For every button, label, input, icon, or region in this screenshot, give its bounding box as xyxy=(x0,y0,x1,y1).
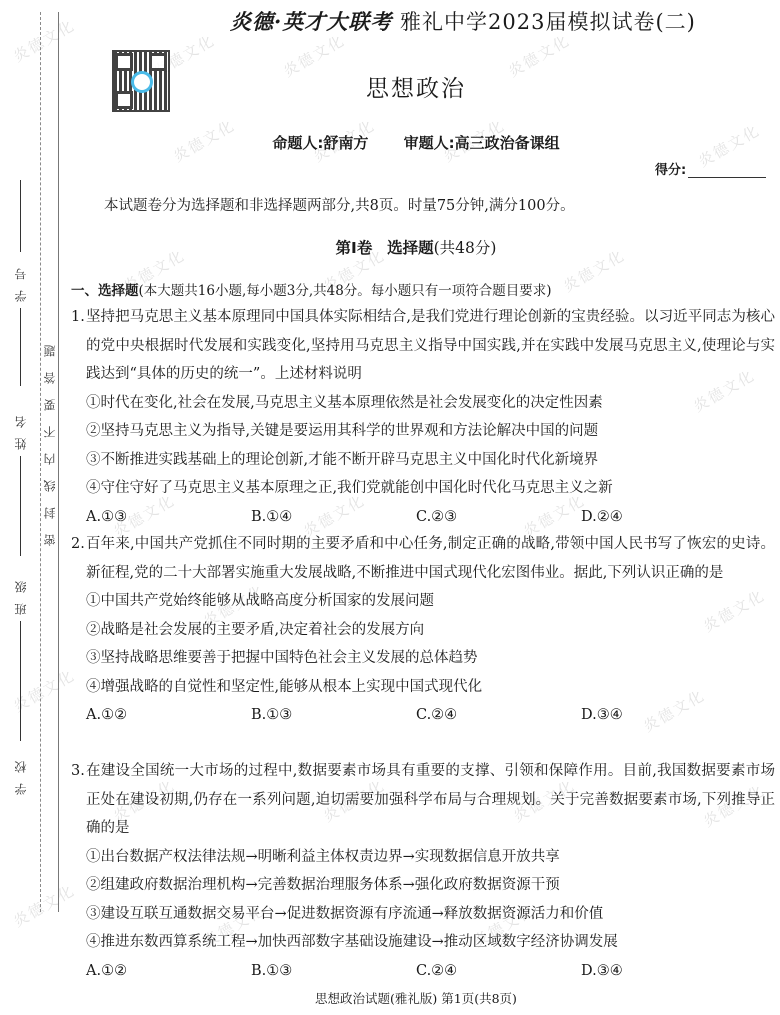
answer-choices: A.①③ B.①④ C.②③ D.②④ xyxy=(71,503,775,532)
fill-line xyxy=(20,180,21,252)
question-stem: 1. 坚持把马克思主义基本原理同中国具体实际相结合,是我们党进行理论创新的宝贵经… xyxy=(71,303,775,389)
question-number: 3. xyxy=(71,757,86,843)
margin-field-label: 学校 xyxy=(12,745,29,801)
exam-series-title: 炎德·英才大联考 雅礼中学2023届模拟试卷(二) xyxy=(230,6,696,36)
choice-d[interactable]: D.③④ xyxy=(581,701,746,730)
margin-field-student-id[interactable]: 学号 xyxy=(10,180,30,386)
question-2: 2. 百年来,中国共产党抓住不同时期的主要矛盾和中心任务,制定正确的战略,带领中… xyxy=(71,530,775,730)
margin-field-label: 学号 xyxy=(12,252,29,308)
margin-field-school[interactable]: 学校 xyxy=(10,745,30,801)
score-label: 得分: xyxy=(655,163,686,178)
statement-option: ④推进东数西算系统工程→加快西部数字基础设施建设→推动区域数字经济协调发展 xyxy=(71,928,775,957)
seal-char: 答 xyxy=(41,372,58,384)
margin-field-class[interactable]: 班级 xyxy=(10,565,30,741)
score-field[interactable]: 得分: xyxy=(655,159,766,178)
seal-char: 不 xyxy=(41,426,58,438)
margin-field-label: 班级 xyxy=(12,565,29,621)
statement-option: ①时代在变化,社会在发展,马克思主义基本原理依然是社会发展变化的决定性因素 xyxy=(71,389,775,418)
seal-notice: 题 答 要 不 内 线 封 密 xyxy=(42,345,56,561)
question-text: 百年来,中国共产党抓住不同时期的主要矛盾和中心任务,制定正确的战略,带领中国人民… xyxy=(86,530,775,587)
statement-option: ①出台数据产权法律法规→明晰利益主体权责边界→实现数据信息开放共享 xyxy=(71,843,775,872)
seal-char: 密 xyxy=(41,534,58,546)
choice-b[interactable]: B.①③ xyxy=(251,957,416,986)
question-number: 1. xyxy=(71,303,86,389)
section-instructions: (本大题共16小题,每小题3分,共48分。每小题只有一项符合题目要求) xyxy=(139,283,552,299)
answer-choices: A.①② B.①③ C.②④ D.③④ xyxy=(71,957,775,986)
score-blank[interactable] xyxy=(688,177,766,178)
question-stem: 3. 在建设全国统一大市场的过程中,数据要素市场具有重要的支撑、引领和保障作用。… xyxy=(71,757,775,843)
statement-option: ③建设互联互通数据交易平台→促进数据资源有序流通→释放数据资源活力和价值 xyxy=(71,900,775,929)
seal-char: 要 xyxy=(41,399,58,411)
question-stem: 2. 百年来,中国共产党抓住不同时期的主要矛盾和中心任务,制定正确的战略,带领中… xyxy=(71,530,775,587)
setter: 命题人:舒南方 xyxy=(272,134,368,152)
part-name: 选择题 xyxy=(387,239,434,257)
fill-line xyxy=(20,308,21,386)
part-number: 第Ⅰ卷 xyxy=(336,239,373,257)
statement-option: ④守住守好了马克思主义基本原理之正,我们党就能创中国化时代化马克思主义之新 xyxy=(71,474,775,503)
seal-char: 内 xyxy=(41,453,58,465)
question-1: 1. 坚持把马克思主义基本原理同中国具体实际相结合,是我们党进行理论创新的宝贵经… xyxy=(71,303,775,531)
seal-char: 线 xyxy=(41,480,58,492)
question-text: 在建设全国统一大市场的过程中,数据要素市场具有重要的支撑、引领和保障作用。目前,… xyxy=(86,757,775,843)
page-footer: 思想政治试题(雅礼版) 第1页(共8页) xyxy=(60,989,772,1007)
choice-a[interactable]: A.①② xyxy=(86,957,251,986)
seal-char: 封 xyxy=(41,507,58,519)
exam-instructions: 本试题卷分为选择题和非选择题两部分,共8页。时量75分钟,满分100分。 xyxy=(104,194,575,215)
question-text: 坚持把马克思主义基本原理同中国具体实际相结合,是我们党进行理论创新的宝贵经验。以… xyxy=(86,303,775,389)
school-exam-title: 雅礼中学2023届模拟试卷(二) xyxy=(400,10,696,34)
choice-a[interactable]: A.①② xyxy=(86,701,251,730)
statement-option: ②战略是社会发展的主要矛盾,决定着社会的发展方向 xyxy=(71,616,775,645)
subject-title: 思想政治 xyxy=(60,70,772,103)
fill-line xyxy=(20,456,21,556)
question-number: 2. xyxy=(71,530,86,587)
seal-solid-line xyxy=(58,12,59,912)
statement-option: ④增强战略的自觉性和坚定性,能够从根本上实现中国式现代化 xyxy=(71,673,775,702)
choice-c[interactable]: C.②③ xyxy=(416,503,581,532)
statement-option: ①中国共产党始终能够从战略高度分析国家的发展问题 xyxy=(71,587,775,616)
section-title: 一、选择题 xyxy=(71,283,139,299)
part-points: (共48分) xyxy=(434,239,497,257)
question-3: 3. 在建设全国统一大市场的过程中,数据要素市场具有重要的支撑、引领和保障作用。… xyxy=(71,757,775,985)
statement-option: ②坚持马克思主义为指导,关键是要运用其科学的世界观和方法论解决中国的问题 xyxy=(71,417,775,446)
watermark: 炎德文化 xyxy=(9,879,78,931)
choice-d[interactable]: D.③④ xyxy=(581,957,746,986)
margin-field-name[interactable]: 姓名 xyxy=(10,400,30,556)
answer-choices: A.①② B.①③ C.②④ D.③④ xyxy=(71,701,775,730)
reviewer: 审题人:高三政治备课组 xyxy=(404,134,560,152)
seal-char: 题 xyxy=(41,345,58,357)
choice-a[interactable]: A.①③ xyxy=(86,503,251,532)
part-title: 第Ⅰ卷 选择题(共48分) xyxy=(60,236,772,258)
choice-c[interactable]: C.②④ xyxy=(416,701,581,730)
statement-option: ③坚持战略思维要善于把握中国特色社会主义发展的总体趋势 xyxy=(71,644,775,673)
choice-c[interactable]: C.②④ xyxy=(416,957,581,986)
choice-b[interactable]: B.①③ xyxy=(251,701,416,730)
choice-b[interactable]: B.①④ xyxy=(251,503,416,532)
qr-finder xyxy=(149,53,167,71)
qr-finder xyxy=(115,53,133,71)
margin-field-label: 姓名 xyxy=(12,400,29,456)
fill-line xyxy=(20,621,21,741)
statement-option: ②组建政府数据治理机构→完善数据治理服务体系→强化政府数据资源干预 xyxy=(71,871,775,900)
choice-d[interactable]: D.②④ xyxy=(581,503,746,532)
authors-line: 命题人:舒南方 审题人:高三政治备课组 xyxy=(60,132,772,153)
statement-option: ③不断推进实践基础上的理论创新,才能不断开辟马克思主义中国化时代化新境界 xyxy=(71,446,775,475)
section-heading: 一、选择题(本大题共16小题,每小题3分,共48分。每小题只有一项符合题目要求) xyxy=(71,279,552,299)
brand-name: 炎德·英才大联考 xyxy=(230,9,392,34)
watermark: 炎德文化 xyxy=(9,14,78,66)
